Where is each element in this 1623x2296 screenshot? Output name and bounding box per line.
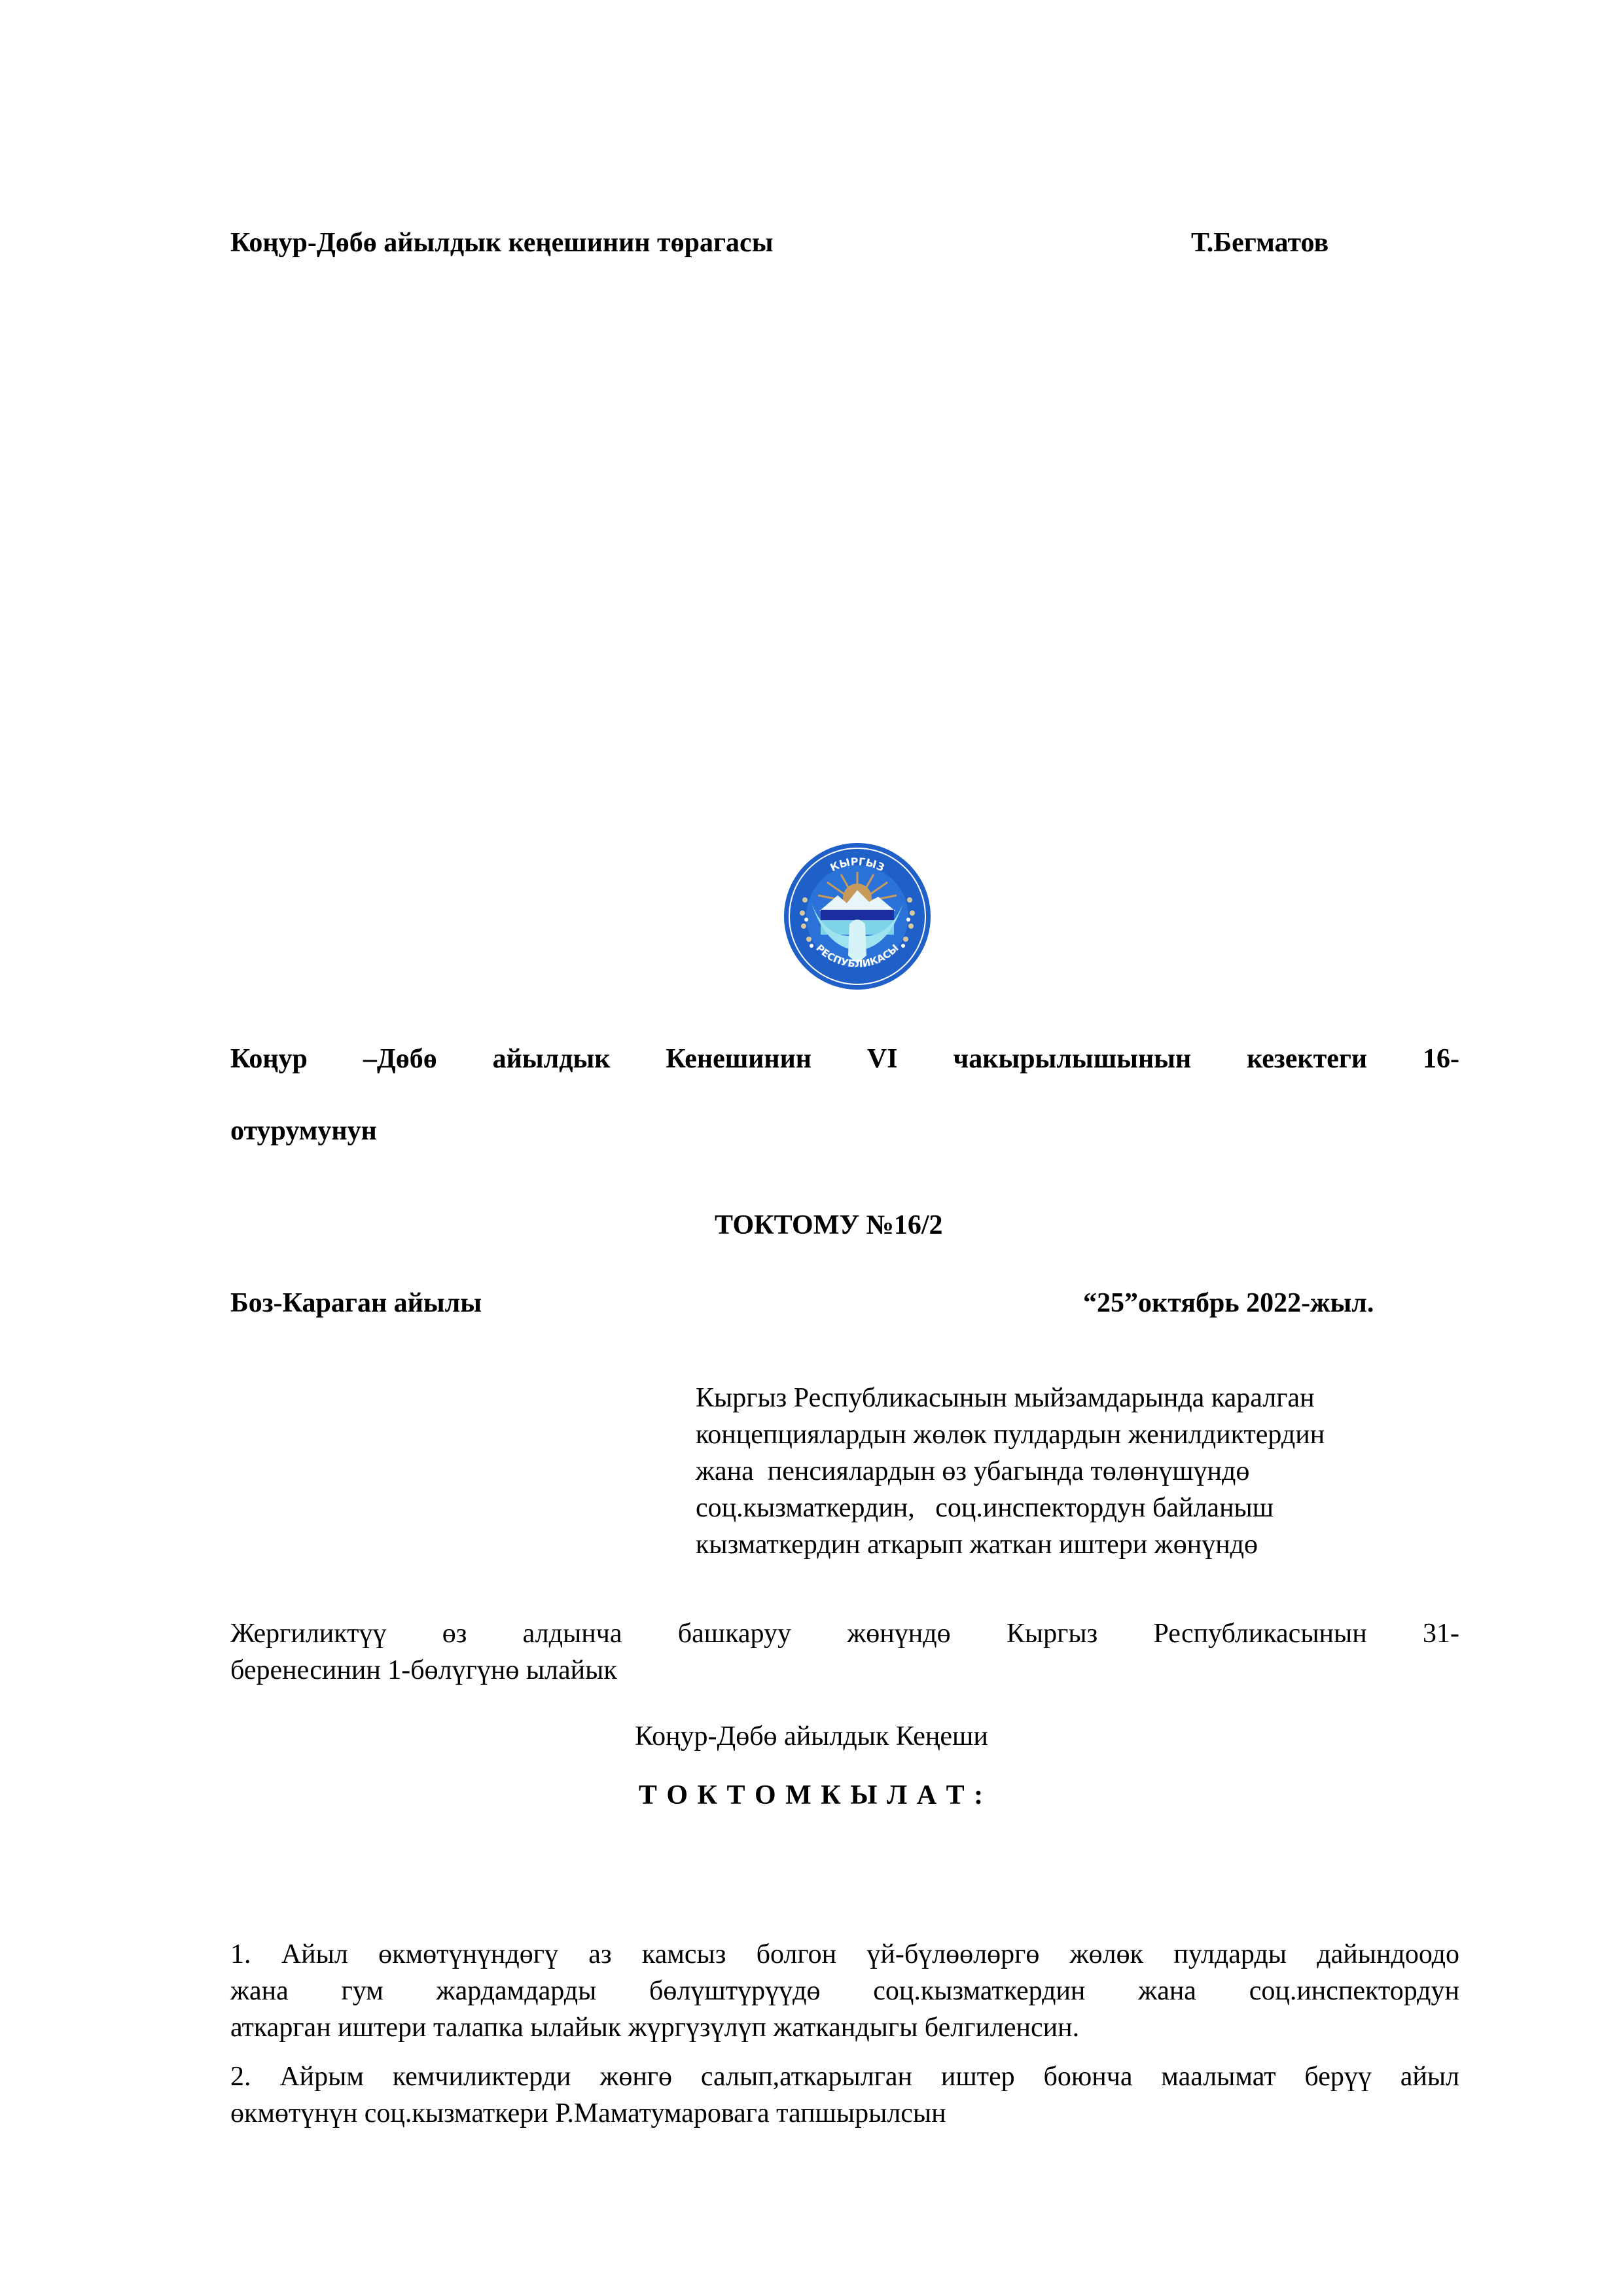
preamble-line: беренесинин 1-бөлүгүнө ылайык — [230, 1652, 1459, 1689]
preamble: Жергиликтүү өз алдынча башкаруу жөнүндө … — [230, 1615, 1459, 1689]
item-line: өкмөтүнүн соц.кызматкери Р.Маматумароваг… — [230, 2095, 1459, 2132]
item-line: 2. Айрым кемчиликтерди жөнгө салып,аткар… — [230, 2058, 1459, 2095]
signature-title: Коңур-Дөбө айылдык кеңешинин төрагасы — [230, 229, 773, 257]
state-emblem-icon: КЫРГЫЗ РЕСПУБЛИКАСЫ — [779, 838, 936, 995]
subject-line: кызматкердин аткарып жаткан иштери жөнүн… — [696, 1526, 1325, 1563]
item-line: жана гум жардамдарды бөлүштүрүүдө соц.кы… — [230, 1973, 1459, 2009]
council-name: Коңур-Дөбө айылдык Кеңеши — [0, 1723, 1623, 1750]
heading-line-1: Коңур –Дөбө айылдык Кенешинин VI чакырыл… — [230, 1045, 1459, 1073]
preamble-line: Жергиликтүү өз алдынча башкаруу жөнүндө … — [230, 1615, 1459, 1652]
place: Боз-Караган айылы — [230, 1289, 482, 1317]
item-line: 1. Айыл өкмөтүнүндөгү аз камсыз болгон ү… — [230, 1936, 1459, 1973]
heading-word: кезектеги — [1247, 1044, 1367, 1074]
heading-line-2: отурумунун — [230, 1117, 377, 1145]
heading-word: –Дөбө — [363, 1044, 437, 1074]
heading-word: Кенешинин — [666, 1044, 811, 1074]
heading-word: VI — [867, 1044, 898, 1074]
heading-word: чакырылышынын — [954, 1044, 1192, 1074]
decree-subject: Кыргыз Республикасынын мыйзамдарында кар… — [696, 1380, 1325, 1563]
item-line: аткарган иштери талапка ылайык жүргүзүлү… — [230, 2009, 1459, 2046]
heading-word: Коңур — [230, 1044, 308, 1074]
subject-line: жана пенсиялардын өз убагында төлөнүшүнд… — [696, 1453, 1325, 1490]
signature-name: Т.Бегматов — [1191, 229, 1329, 257]
heading-word: 16- — [1423, 1044, 1459, 1074]
decree-title: ТОКТОМУ №16/2 — [715, 1211, 943, 1239]
decree-item-1: 1. Айыл өкмөтүнүндөгү аз камсыз болгон ү… — [230, 1936, 1459, 2046]
subject-line: Кыргыз Республикасынын мыйзамдарында кар… — [696, 1380, 1325, 1416]
subject-line: соц.кызматкердин, соц.инспектордун байла… — [696, 1490, 1325, 1526]
decree-item-2: 2. Айрым кемчиликтерди жөнгө салып,аткар… — [230, 2058, 1459, 2132]
resolves-heading: Т О К Т О М К Ы Л А Т : — [0, 1782, 1623, 1809]
heading-word: айылдык — [493, 1044, 611, 1074]
subject-line: концепциялардын жөлөк пулдардын женилдик… — [696, 1416, 1325, 1453]
date: “25”октябрь 2022-жыл. — [1083, 1289, 1374, 1317]
